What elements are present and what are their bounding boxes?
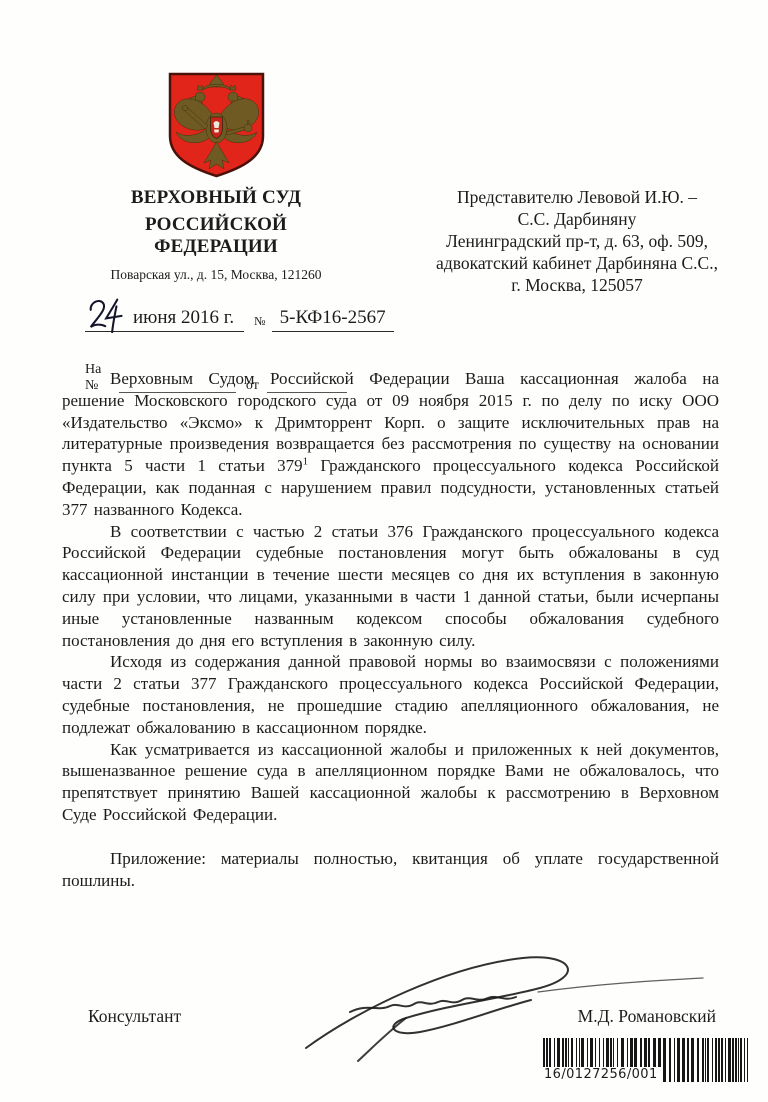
org-name-line1: ВЕРХОВНЫЙ СУД [85,187,347,209]
handwritten-day-24 [87,297,127,333]
document-number: 5-КФ16-2567 [272,307,394,332]
recipient-line: Представителю Левовой И.Ю. – [396,186,758,208]
coat-of-arms-emblem [164,70,269,180]
date-month-year: июня 2016 г. [133,307,234,329]
letterhead: ВЕРХОВНЫЙ СУД РОССИЙСКОЙ ФЕДЕРАЦИИ Повар… [85,70,347,394]
recipient-line: г. Москва, 125057 [396,274,758,296]
date-field: июня 2016 г. [85,293,244,332]
paragraph-3: Исходя из содержания данной правовой нор… [62,651,719,738]
signer-name: М.Д. Романовский [578,1006,716,1027]
barcode: 16/0127256/001 [543,1038,756,1082]
attachment-paragraph: Приложение: материалы полностью, квитанц… [62,848,719,892]
date-and-number-line: июня 2016 г. № 5-КФ16-2567 [85,293,347,332]
recipient-block: Представителю Левовой И.Ю. – С.С. Дарбин… [396,186,758,296]
org-address: Поварская ул., д. 15, Москва, 121260 [85,267,347,283]
scanned-letter-page: ВЕРХОВНЫЙ СУД РОССИЙСКОЙ ФЕДЕРАЦИИ Повар… [0,0,768,1102]
paragraph-1: Верховным Судом Российской Федерации Ваш… [62,368,719,521]
recipient-line: Ленинградский пр-т, д. 63, оф. 509, [396,230,758,252]
recipient-line: адвокатский кабинет Дарбиняна С.С., [396,252,758,274]
rider-figure [213,121,219,132]
paragraph-4: Как усматривается из кассационной жалобы… [62,739,719,826]
number-sign: № [254,314,265,329]
recipient-line: С.С. Дарбиняну [396,208,758,230]
position-label: Консультант [88,1006,181,1027]
letter-body: Верховным Судом Российской Федерации Ваш… [62,368,719,891]
paragraph-2: В соответствии с частью 2 статьи 376 Гра… [62,521,719,652]
barcode-number: 16/0127256/001 [543,1067,662,1082]
org-name-line2: РОССИЙСКОЙ ФЕДЕРАЦИИ [85,214,347,258]
